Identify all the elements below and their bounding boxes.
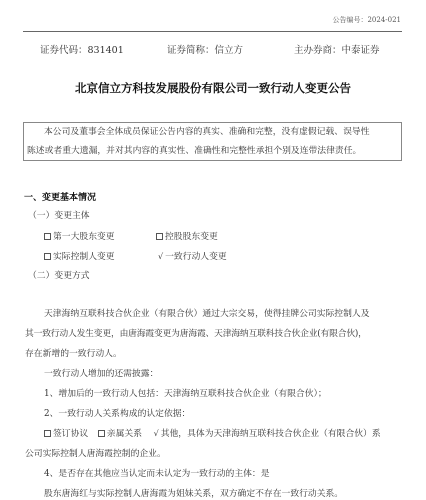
checkbox-unchecked-icon <box>44 430 51 437</box>
header-divider <box>23 31 402 32</box>
option-actual-controller-change: 实际控制人变更 <box>44 249 115 262</box>
basis-option-kinship: 亲属关系 <box>107 429 142 439</box>
basis-option-other: 其他，具体为天津海纳互联科技合伙企业（有限合伙）系 <box>161 429 381 439</box>
checkbox-unchecked-icon <box>44 253 51 260</box>
checkbox-unchecked-icon <box>156 233 163 240</box>
option-label: 实际控制人变更 <box>53 252 115 262</box>
declaration-box: 本公司及董事会全体成员保证公告内容的真实、准确和完整，没有虚假记载、误导性 陈述… <box>23 122 402 161</box>
item-1: 1、增加后的一致行动人包括：天津海纳互联科技合伙企业（有限合伙）； <box>44 386 327 399</box>
option-concerted-party-change: √一致行动人变更 <box>158 249 227 262</box>
security-code: 证券代码：831401 <box>40 42 124 56</box>
paragraph-2: 一致行动人增加的还需披露： <box>44 366 158 379</box>
item-2: 2、一致行动人关系构成的认定依据： <box>44 406 190 419</box>
item-4-detail: 股东唐海红与实际控制人唐海霞为姐妹关系，双方确定不存在一致行动关系。 <box>44 486 343 499</box>
security-short-name: 证券简称：信立方 <box>167 42 243 56</box>
checkbox-unchecked-icon <box>44 233 51 240</box>
checkmark-icon: √ <box>158 252 163 261</box>
option-label: 一致行动人变更 <box>165 252 227 262</box>
paragraph-1-line-3: 存在新增的一致行动人。 <box>25 346 122 359</box>
item-4: 4、是否存在其他应当认定而未认定为一致行动的主体：是 <box>44 466 270 479</box>
paragraph-1-line-2: 其一致行动人发生变更，由唐海霞变更为唐海霞、天津海纳互联科技合伙企业(有限合伙)… <box>25 326 367 339</box>
subsection-heading-method: （二）变更方式 <box>28 268 90 281</box>
page-title: 北京信立方科技发展股份有限公司一致行动人变更公告 <box>0 80 426 96</box>
checkbox-unchecked-icon <box>98 430 105 437</box>
paragraph-1-line-1: 天津海纳互联科技合伙企业（有限合伙）通过大宗交易，使得挂牌公司实际控制人及 <box>44 306 370 319</box>
checkmark-icon: √ <box>154 429 159 438</box>
declaration-line-2: 陈述或者重大遗漏，并对其内容的真实性、准确性和完整性承担个别及连带法律责任。 <box>27 142 401 161</box>
subsection-heading-subject: （一）变更主体 <box>28 208 90 221</box>
basis-option-other-line-2: 公司实际控制人唐海霞控制的企业。 <box>25 446 166 459</box>
basis-option-agreement: 签订协议 <box>53 429 88 439</box>
lead-broker: 主办券商：中泰证券 <box>294 42 380 56</box>
option-first-shareholder-change: 第一大股东变更 <box>44 229 115 242</box>
section-heading: 一、变更基本情况 <box>24 190 96 203</box>
option-label: 控股股东变更 <box>165 232 218 242</box>
basis-options-line: 签订协议 亲属关系 √其他，具体为天津海纳互联科技合伙企业（有限合伙）系 <box>44 426 381 439</box>
notice-number: 公告编号：2024-021 <box>332 15 401 25</box>
declaration-line-1: 本公司及董事会全体成员保证公告内容的真实、准确和完整，没有虚假记载、误导性 <box>27 123 401 142</box>
option-controlling-shareholder-change: 控股股东变更 <box>156 229 218 242</box>
option-label: 第一大股东变更 <box>53 232 115 242</box>
